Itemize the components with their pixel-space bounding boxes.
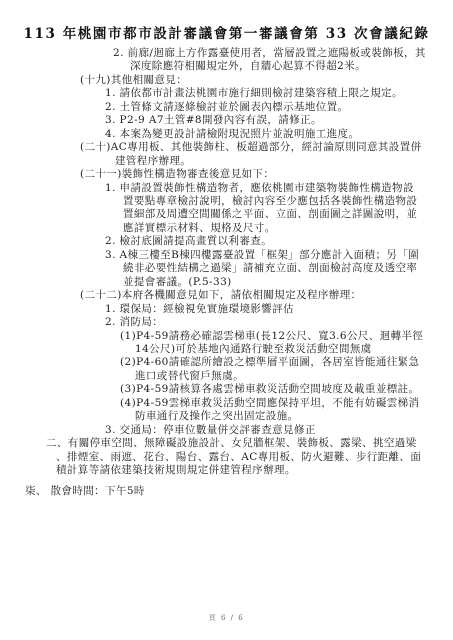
text-line: 防車通行及操作之突出固定設施。: [0, 410, 453, 423]
text-line: (十九)其他相關意見：: [0, 74, 453, 87]
text-line: (1)P4-59請務必確認雲梯車(長12公尺、寬3.6公尺、迴轉半徑: [0, 330, 453, 343]
text-line: 3. 交通局：停車位數量併交評審查意見修正: [0, 424, 453, 437]
text-line: 深度除應符相關規定外，自牆心起算不得超2米。: [0, 60, 453, 73]
text-line: 繞非必要性結構之過梁」請補充立面、剖面檢討高度及透空率: [0, 262, 453, 275]
document-body: 2. 前廊/迴廊上方作露臺使用者，當層設置之遮陽板或裝飾板，其 深度除應符相關規…: [0, 47, 453, 498]
text-line: 置要點專章檢討說明，檢討內容至少應包括各裝飾性構造物設: [0, 195, 453, 208]
blank-line: [0, 478, 453, 485]
text-line: 積計算等請依建築技術規則規定併建管程序辦理。: [0, 464, 453, 477]
text-line: (二十一)裝飾性構造物審查後意見如下：: [0, 168, 453, 181]
text-line: 柒、 散會時間：下午5時: [0, 485, 453, 498]
text-line: 3. P2-9 A7土管#8開發內容有誤，請修正。: [0, 114, 453, 127]
text-line: 1. 請依都市計畫法桃園市施行細則檢討建築容積上限之規定。: [0, 87, 453, 100]
text-line: (2)P4-60請確認所繪設之標準層平面圖，各居室皆能通往緊急: [0, 356, 453, 369]
text-line: (二十二)本府各機關意見如下，請依相關規定及程序辦理：: [0, 289, 453, 302]
text-line: 4. 本案為變更設計請檢附現況照片並說明施工進度。: [0, 128, 453, 141]
text-line: 應詳實標示材料、規格及尺寸。: [0, 222, 453, 235]
text-line: 置細部及周遭空間關係之平面、立面、剖面圖之詳圖說明，並: [0, 208, 453, 221]
text-line: (3)P4-59請核算各處雲梯車救災活動空間坡度及載重並標註。: [0, 383, 453, 396]
text-line: 並提會審議。(P.5-33): [0, 276, 453, 289]
text-line: 2. 檢討底圖請提高畫質以利審查。: [0, 235, 453, 248]
text-line: (二十)AC專用板、其他裝飾柱、板超過部分，經討論原則同意其設置併: [0, 141, 453, 154]
text-line: 3. A棟三樓至B棟四樓露臺設置「框架」部分應計入面積；另「圍: [0, 249, 453, 262]
text-line: 2. 消防局：: [0, 316, 453, 329]
text-line: 、排煙室、雨遮、花台、陽台、露台、AC專用板、防火避難、步行距離、面: [0, 451, 453, 464]
page-number: 頁 6 / 6: [0, 613, 453, 623]
text-line: 2. 土管條文請逐條檢討並於圖表內標示基地位置。: [0, 101, 453, 114]
page-title: 113 年桃園市都市設計審議會第一審議會第 33 次會議紀錄: [0, 26, 453, 43]
text-line: 進口或替代窗戶無虞。: [0, 370, 453, 383]
document-page: 113 年桃園市都市設計審議會第一審議會第 33 次會議紀錄 2. 前廊/迴廊上…: [0, 0, 453, 640]
text-line: 建管程序辦理。: [0, 155, 453, 168]
text-line: 二、有關停車空間、無障礙設施設計、女兒牆框架、裝飾板、露梁、挑空過梁: [0, 437, 453, 450]
text-line: 2. 前廊/迴廊上方作露臺使用者，當層設置之遮陽板或裝飾板，其: [0, 47, 453, 60]
text-line: 14公尺)可於基地內通路行駛至救災活動空間無虞: [0, 343, 453, 356]
text-line: (4)P4-59雲梯車救災活動空間應保持平坦，不能有妨礙雲梯消: [0, 397, 453, 410]
text-line: 1. 申請設置裝飾性構造物者，應依桃園市建築物裝飾性構造物設: [0, 182, 453, 195]
text-line: 1. 環保局：經檢視免實施環境影響評估: [0, 303, 453, 316]
